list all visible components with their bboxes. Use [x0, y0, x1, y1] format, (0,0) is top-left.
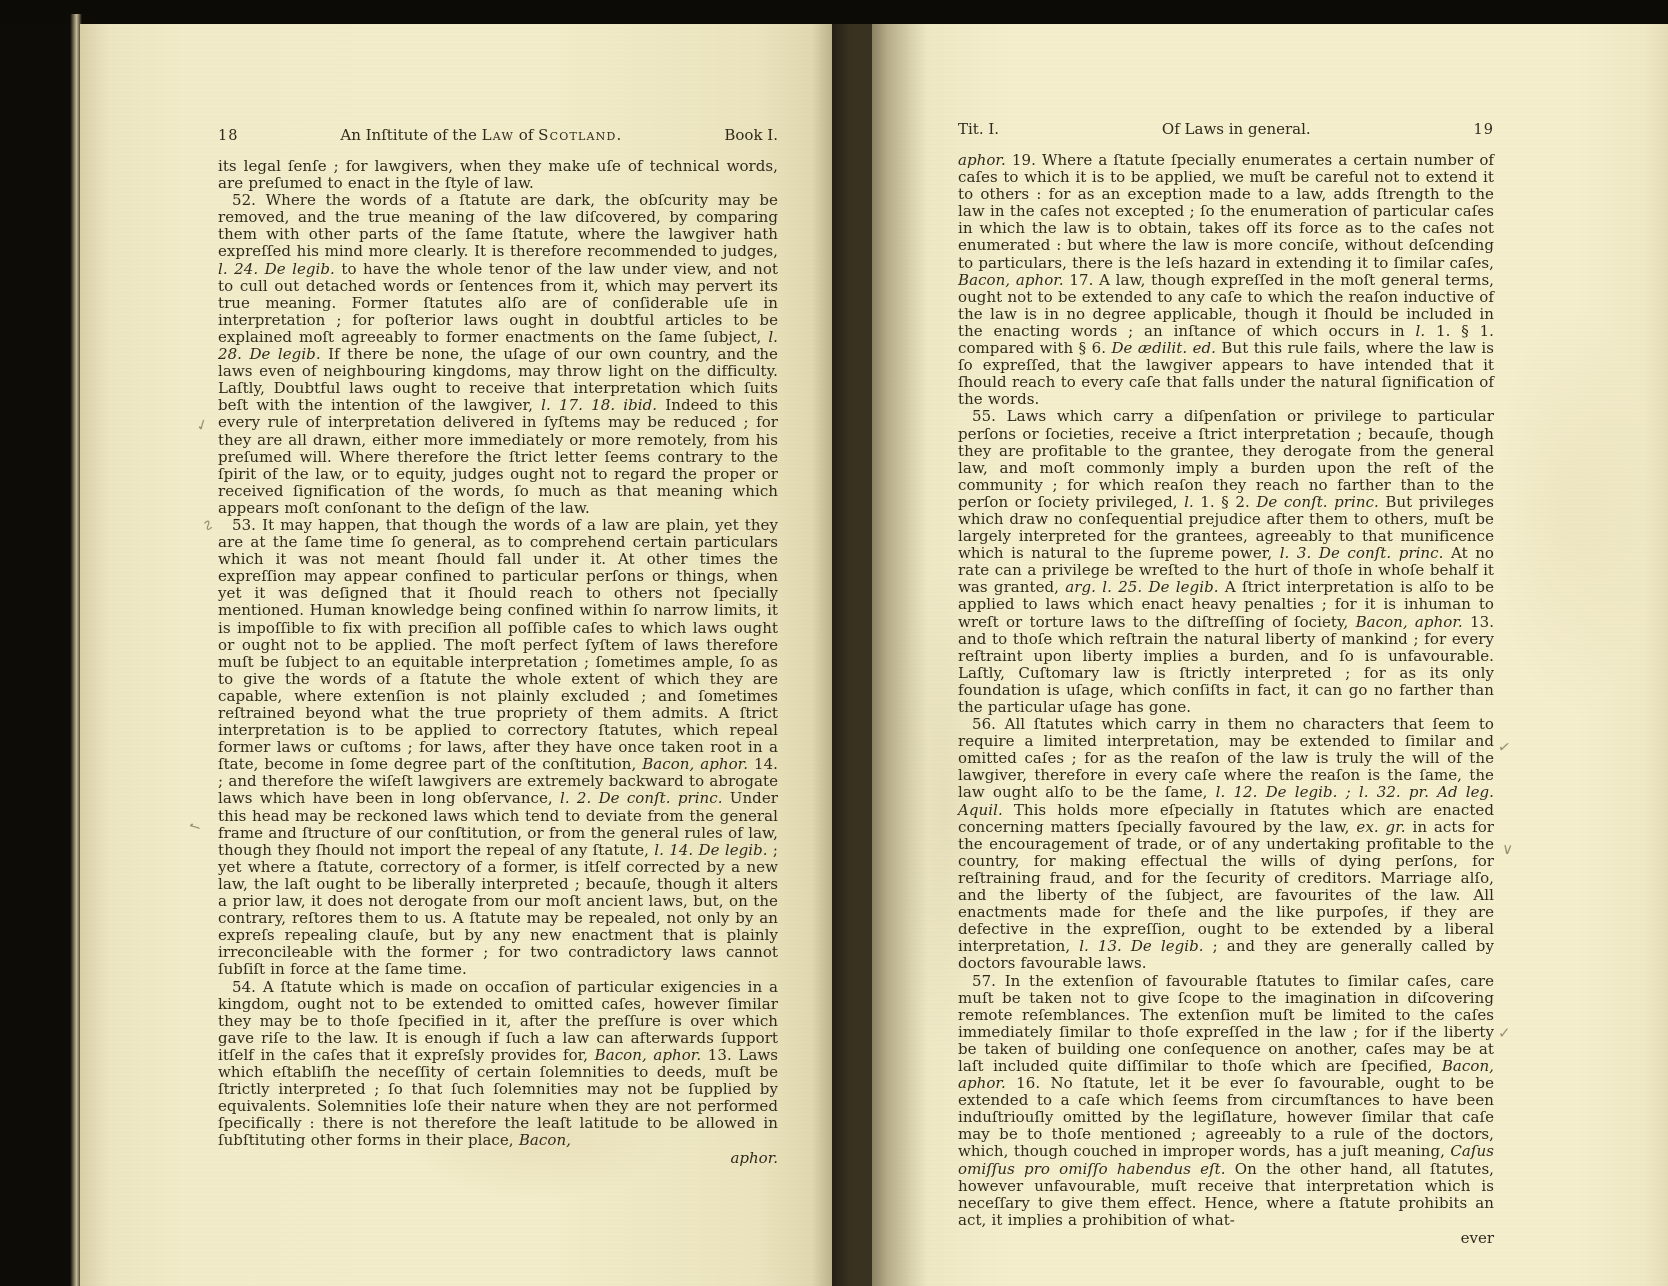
body-text: 19. Where a ſtatute ſpecially enumerates… — [958, 151, 1494, 272]
body-text: An Inſtitute of the — [340, 126, 481, 144]
right-tit-label: Tit. I. — [958, 120, 999, 138]
body-paragraph: 56. All ſtatutes which carry in them no … — [958, 716, 1494, 972]
citation-text: Bacon, aphor. — [958, 271, 1064, 289]
left-catchword: aphor. — [218, 1150, 778, 1167]
body-text: in acts for the encouragement of trade, … — [958, 818, 1494, 956]
right-page-text: Tit. I. Of Laws in general. 19 aphor. 19… — [958, 120, 1494, 1247]
body-text: of — [514, 126, 538, 144]
body-text: 53. It may happen, that though the words… — [218, 516, 778, 773]
left-page-body: its legal ſenſe ; for lawgivers, when th… — [218, 158, 778, 1149]
body-text: its legal ſenſe ; for lawgivers, when th… — [218, 157, 778, 192]
citation-text: Bacon, aphor. — [642, 755, 748, 773]
citation-text: l. — [1416, 322, 1426, 340]
citation-text: l. 13. De legib. — [1079, 937, 1203, 955]
left-page-number: 18 — [218, 128, 238, 144]
body-text: 52. Where the words of a ſtatute are dar… — [218, 191, 778, 260]
right-page-header: Tit. I. Of Laws in general. 19 — [958, 120, 1494, 138]
body-paragraph: 55. Laws which carry a diſpenſation or p… — [958, 408, 1494, 716]
citation-text: l. 3. De conſt. princ. — [1280, 544, 1444, 562]
body-text: Of Laws in general. — [1162, 120, 1311, 138]
body-text: Law — [482, 126, 514, 144]
citation-text: l. — [1184, 493, 1194, 511]
body-text: 57. In the extenſion of favourable ſtatu… — [958, 972, 1494, 1075]
page-edge-stack — [0, 14, 80, 1286]
left-book-label: Book I. — [724, 126, 778, 144]
citation-text: aphor. — [958, 151, 1006, 169]
left-page-text: 18 An Inſtitute of the Law of Scotland. … — [218, 126, 778, 1167]
body-text: 1. § 2. — [1194, 493, 1257, 511]
right-page-body: aphor. 19. Where a ſtatute ſpecially enu… — [958, 152, 1494, 1229]
body-paragraph: 52. Where the words of a ſtatute are dar… — [218, 192, 778, 517]
citation-text: De ædilit. ed. — [1111, 339, 1216, 357]
citation-text: ex. gr. — [1356, 818, 1405, 836]
body-text: Indeed to this every rule of interpretat… — [218, 396, 778, 517]
right-catchword: ever — [958, 1230, 1494, 1247]
citation-text: De conſt. princ. — [1256, 493, 1379, 511]
book-spread: 18 An Inſtitute of the Law of Scotland. … — [0, 0, 1668, 1286]
citation-text: l. 24. De legib. — [218, 260, 335, 278]
citation-text: l. 2. De conſt. princ. — [560, 789, 723, 807]
citation-text: l. 17. 18. ibid. — [541, 396, 657, 414]
scan-dark-border — [0, 0, 1668, 24]
citation-text: Bacon, aphor. — [595, 1046, 702, 1064]
body-paragraph: 54. A ſtatute which is made on occaſion … — [218, 979, 778, 1150]
body-text: Scotland. — [538, 126, 622, 144]
right-running-title: Of Laws in general. — [1162, 120, 1311, 138]
body-paragraph: 57. In the extenſion of favourable ſtatu… — [958, 973, 1494, 1229]
left-page-header: 18 An Inſtitute of the Law of Scotland. … — [218, 126, 778, 144]
left-running-title: An Inſtitute of the Law of Scotland. — [340, 126, 622, 144]
catchword-text: aphor. — [730, 1149, 778, 1167]
citation-text: l. 14. De legib. — [654, 841, 767, 859]
body-paragraph: 53. It may happen, that though the words… — [218, 517, 778, 979]
citation-text: arg. l. 25. De legib. — [1065, 578, 1218, 596]
body-paragraph: aphor. 19. Where a ſtatute ſpecially enu… — [958, 152, 1494, 408]
body-text: ; yet where a ſtatute, correctory of a f… — [218, 841, 778, 979]
body-paragraph: its legal ſenſe ; for lawgivers, when th… — [218, 158, 778, 192]
citation-text: Bacon, — [519, 1131, 571, 1149]
catchword-text: ever — [1461, 1229, 1494, 1247]
right-page-number: 19 — [1474, 122, 1494, 138]
body-text: 16. No ſtatute, let it be ever ſo favour… — [958, 1074, 1494, 1160]
citation-text: Bacon, aphor. — [1356, 613, 1463, 631]
